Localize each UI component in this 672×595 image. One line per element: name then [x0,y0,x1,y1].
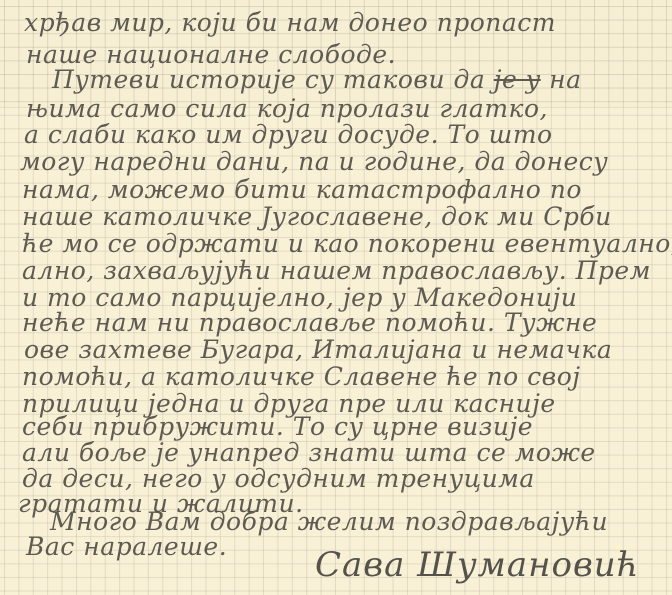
struck-out-word: је у [494,65,541,94]
letter-line-3-text: Путеви историје су такови да [52,65,494,94]
letter-line-3-tail: на [541,65,582,94]
signature: Сава Шумановић [315,545,640,585]
letter-page: хрђав мир, који би нам донео пропаст наш… [0,0,672,595]
letter-line-1: хрђав мир, који би нам донео пропаст [24,6,556,40]
letter-line-21: Вас наралеше. [26,530,227,564]
